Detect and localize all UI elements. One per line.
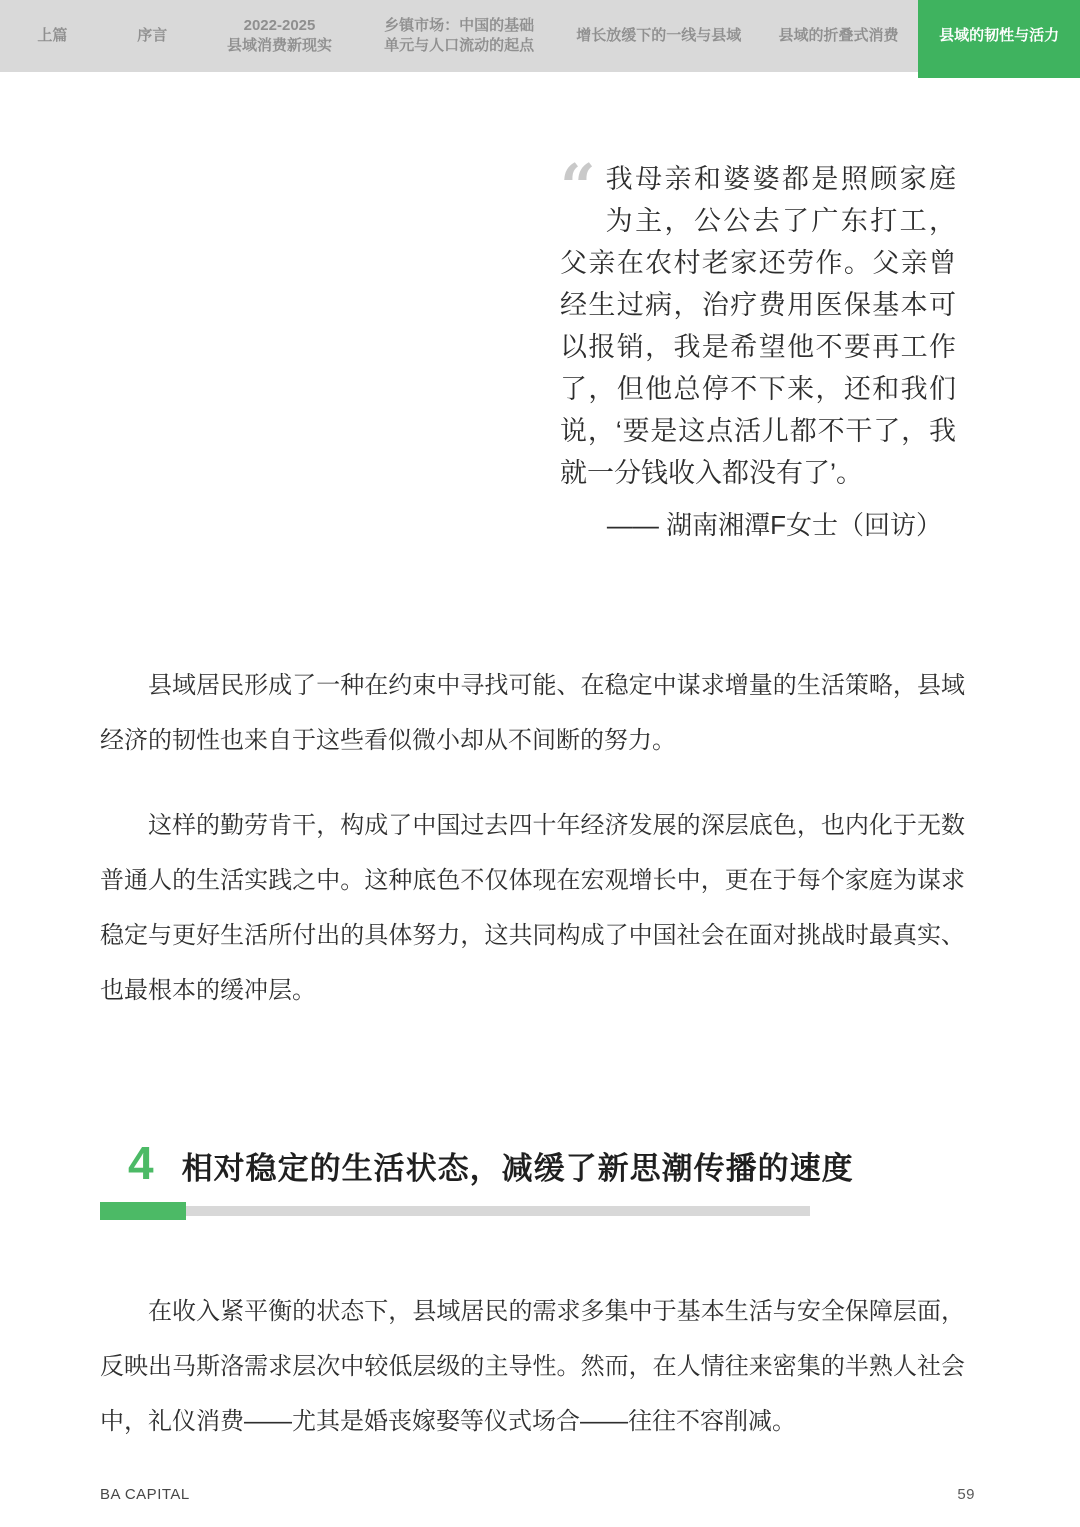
section-title: 相对稳定的生活状态，减缓了新思潮传播的速度: [182, 1143, 854, 1188]
footer-brand: BA CAPITAL: [100, 1486, 190, 1503]
nav-tab-xianyu-xiaofei-xinxianshi[interactable]: 2022-2025 县域消费新现实: [200, 0, 360, 72]
divider-green-segment: [100, 1202, 186, 1220]
divider-gray-segment: [186, 1206, 810, 1216]
nav-tab-zhedieshi-xiaofei[interactable]: 县域的折叠式消费: [759, 0, 919, 72]
section-number: 4: [128, 1140, 154, 1186]
nav-tab-label-line2: 单元与人口流动的起点: [384, 36, 534, 56]
nav-tab-renxing-huoli-active[interactable]: 县域的韧性与活力: [918, 0, 1080, 78]
pull-quote: “我母亲和婆婆都是照顾家庭为主，公公去了广东打工，父亲在农村老家还劳作。父亲曾经…: [560, 158, 956, 546]
nav-tab-label-line2: 县域消费新现实: [227, 36, 332, 56]
page-footer: BA CAPITAL 59: [100, 1486, 975, 1503]
nav-tab-label: 序言: [137, 26, 167, 46]
page-content: “我母亲和婆婆都是照顾家庭为主，公公去了广东打工，父亲在农村老家还劳作。父亲曾经…: [0, 158, 1080, 1449]
nav-tab-shangpian[interactable]: 上篇: [0, 0, 105, 72]
nav-tab-label-line1: 乡镇市场：中国的基础: [384, 16, 534, 36]
report-page: 上篇 序言 2022-2025 县域消费新现实 乡镇市场：中国的基础 单元与人口…: [0, 0, 1080, 1527]
quote-text: 我母亲和婆婆都是照顾家庭为主，公公去了广东打工，父亲在农村老家还劳作。父亲曾经生…: [560, 164, 956, 488]
quote-attribution: —— 湖南湘潭F女士（回访）: [560, 504, 956, 546]
nav-tab-label: 增长放缓下的一线与县域: [576, 26, 741, 46]
quote-icon: “: [560, 164, 596, 211]
nav-tab-xuyan[interactable]: 序言: [105, 0, 200, 72]
body-paragraph-1: 县域居民形成了一种在约束中寻找可能、在稳定中谋求增量的生活策略，县域经济的韧性也…: [100, 658, 965, 768]
nav-tab-zengzhang-fanghuan[interactable]: 增长放缓下的一线与县域: [559, 0, 759, 72]
body-paragraph-2: 这样的勤劳肯干，构成了中国过去四十年经济发展的深层底色，也内化于无数普通人的生活…: [100, 798, 965, 1018]
top-nav: 上篇 序言 2022-2025 县域消费新现实 乡镇市场：中国的基础 单元与人口…: [0, 0, 1080, 72]
nav-tab-label: 上篇: [37, 26, 67, 46]
section-heading: 4 相对稳定的生活状态，减缓了新思潮传播的速度: [128, 1140, 965, 1188]
nav-tab-xiangzhen-shichang[interactable]: 乡镇市场：中国的基础 单元与人口流动的起点: [359, 0, 559, 72]
section-divider-bar: [100, 1202, 810, 1220]
page-number: 59: [957, 1486, 975, 1503]
nav-tab-label: 县域的折叠式消费: [778, 26, 898, 46]
nav-tab-label: 县域的韧性与活力: [939, 26, 1059, 46]
body-paragraph-3: 在收入紧平衡的状态下，县域居民的需求多集中于基本生活与安全保障层面，反映出马斯洛…: [100, 1284, 965, 1449]
nav-tab-label-line1: 2022-2025: [244, 16, 316, 36]
